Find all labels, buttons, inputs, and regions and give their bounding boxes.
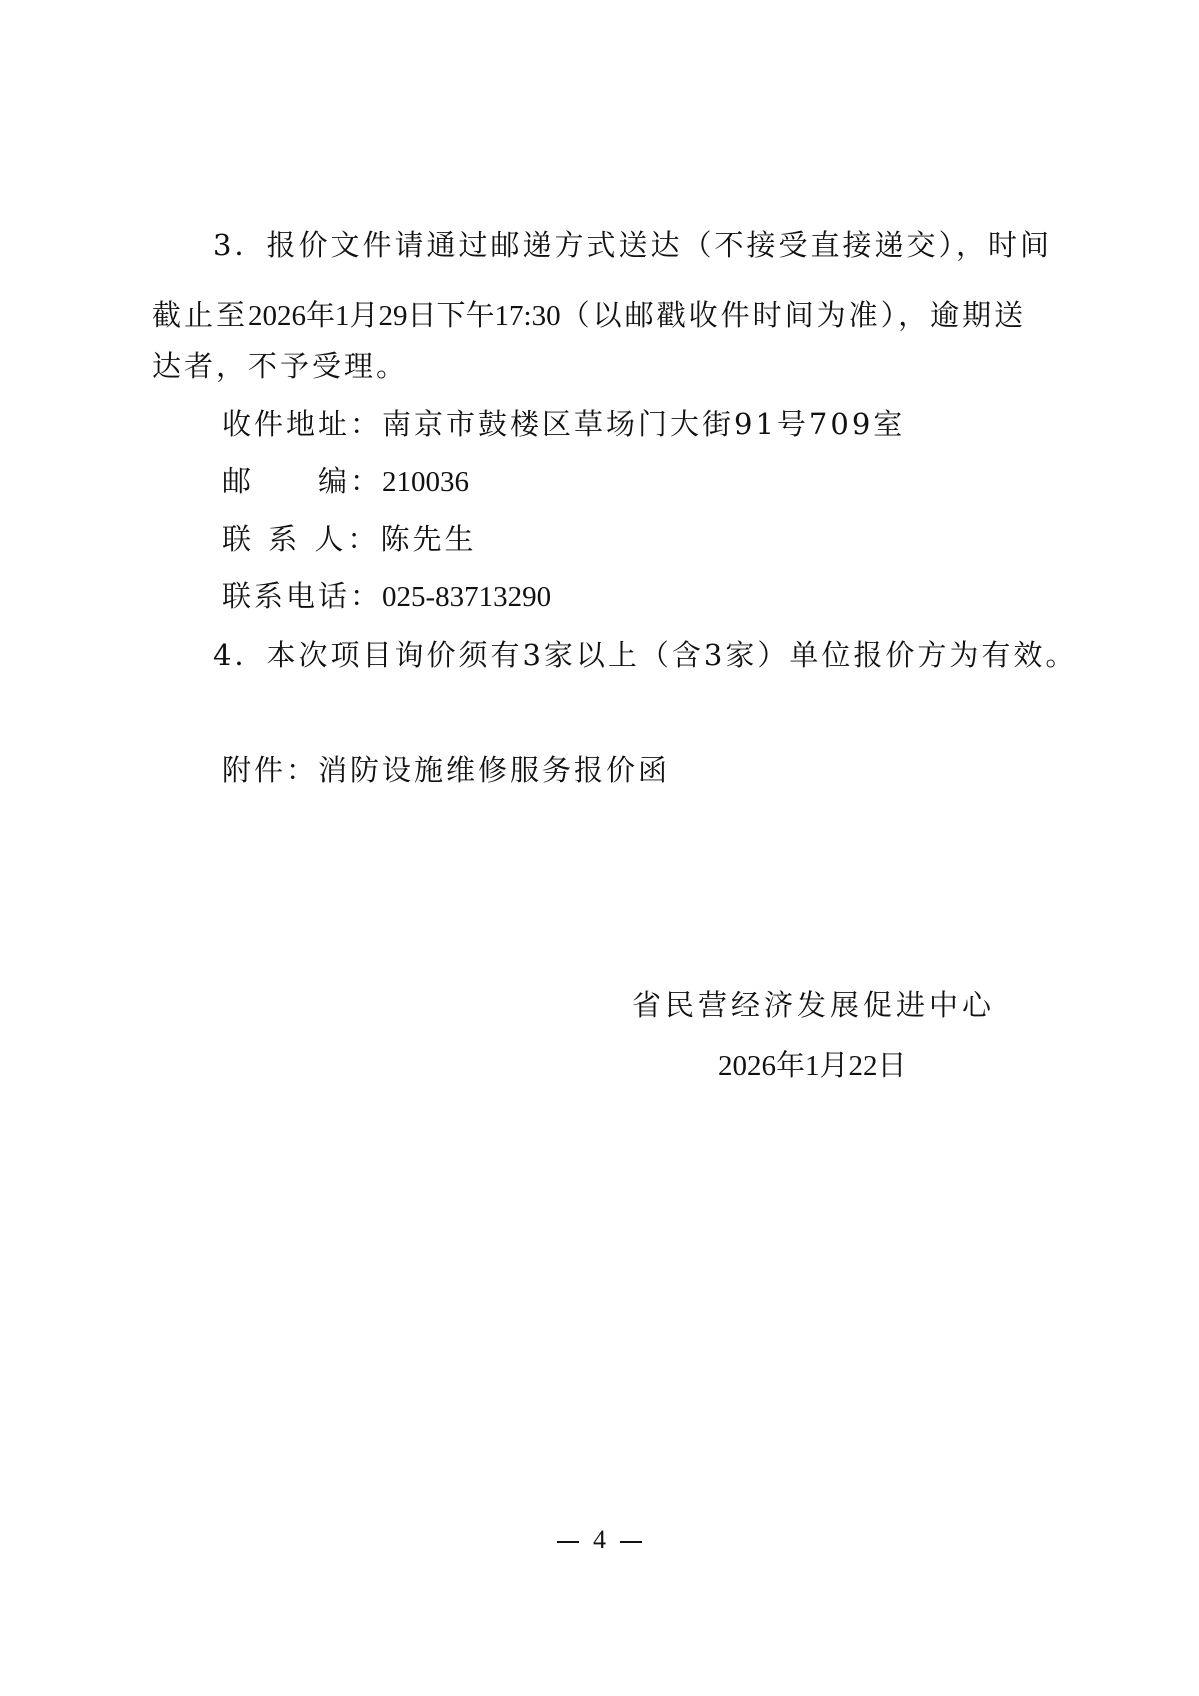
contact-person-line: 联 系 人：陈先生 <box>222 521 476 557</box>
signature-date: 2026年1月22日 <box>718 1047 907 1084</box>
dash-left <box>557 1541 579 1543</box>
address-label: 收件地址： <box>222 407 382 441</box>
item3-line2: 截止至2026年1月29日下午17:30（以邮戳收件时间为准），逾期送 <box>152 297 1026 334</box>
issue-date: 2026年1月22日 <box>718 1050 907 1082</box>
attachment-label: 附件： <box>222 753 318 787</box>
postcode-line: 邮编：210036 <box>222 463 469 500</box>
dash-right <box>620 1541 642 1543</box>
attachment-title: 消防设施维修服务报价函 <box>318 753 670 787</box>
page-footer: 4 <box>0 1522 1199 1558</box>
item4-text: 4．本次项目询价须有3家以上（含3家）单位报价方为有效。 <box>213 638 1077 672</box>
item4-line: 4．本次项目询价须有3家以上（含3家）单位报价方为有效。 <box>213 637 1077 673</box>
contact-person-value: 陈先生 <box>380 522 476 556</box>
contact-person-label: 联 系 人： <box>222 522 380 556</box>
item3-text-line3: 达者，不予受理。 <box>152 349 408 383</box>
organization-name: 省民营经济发展促进中心 <box>632 988 995 1022</box>
signature-organization: 省民营经济发展促进中心 <box>632 987 995 1023</box>
phone-line: 联系电话：025-83713290 <box>222 578 551 615</box>
deadline-datetime: 2026年1月29日下午17:30 <box>248 300 561 332</box>
address-line: 收件地址：南京市鼓楼区草场门大街91号709室 <box>222 406 905 442</box>
phone-label: 联系电话： <box>222 579 382 613</box>
address-value: 南京市鼓楼区草场门大街91号709室 <box>382 407 905 441</box>
item3-text-line2-suffix: （以邮戳收件时间为准），逾期送 <box>561 298 1027 332</box>
postcode-label-part1: 邮 <box>222 463 318 499</box>
postcode-label-part2: 编： <box>318 464 382 498</box>
page-number: 4 <box>593 1525 606 1554</box>
attachment-line: 附件：消防设施维修服务报价函 <box>222 752 670 788</box>
item3-text-line1: 3．报价文件请通过邮递方式送达（不接受直接递交），时间 <box>213 228 1052 262</box>
item3-line3: 达者，不予受理。 <box>152 348 408 384</box>
item3-text-line2-prefix: 截止至 <box>152 298 248 332</box>
phone-value: 025-83713290 <box>382 581 551 613</box>
postcode-value: 210036 <box>382 466 469 498</box>
item3-line1: 3．报价文件请通过邮递方式送达（不接受直接递交），时间 <box>213 227 1052 263</box>
